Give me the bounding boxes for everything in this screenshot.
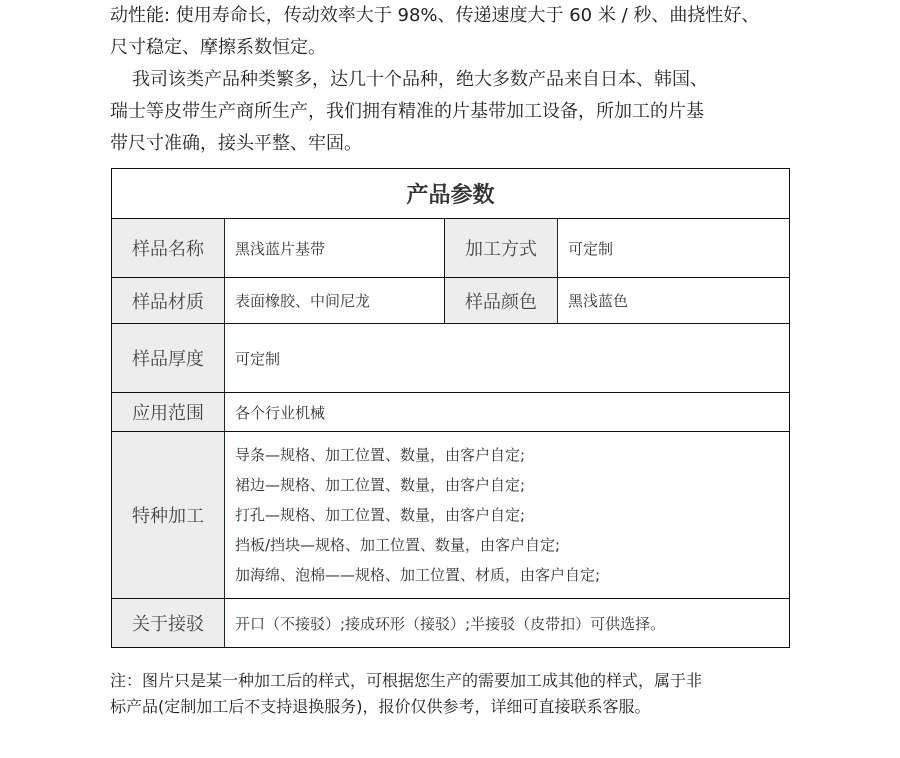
value-sample-color: 黑浅蓝色 (558, 278, 790, 324)
label-special-processing: 特种加工 (112, 432, 225, 599)
value-process-method: 可定制 (558, 219, 790, 278)
label-sample-color: 样品颜色 (445, 278, 558, 324)
intro-text: 动性能: 使用寿命长，传动效率大于 98%、传递速度大于 60 米 / 秒、曲挠… (110, 0, 800, 160)
product-params-table: 产品参数 样品名称 黑浅蓝片基带 加工方式 可定制 样品材质 表面橡胶、中间尼龙… (111, 168, 790, 648)
list-item: 打孔—规格、加工位置、数量，由客户自定; (235, 500, 789, 530)
note-text: 注：图片只是某一种加工后的样式，可根据您生产的需要加工成其他的样式，属于非 标产… (110, 668, 790, 720)
table-title-row: 产品参数 (112, 169, 790, 219)
table-row: 特种加工 导条—规格、加工位置、数量，由客户自定; 裙边—规格、加工位置、数量，… (112, 432, 790, 599)
intro-paragraph-line: 瑞士等皮带生产商所生产，我们拥有精准的片基带加工设备，所加工的片基 (110, 96, 800, 128)
value-special-processing: 导条—规格、加工位置、数量，由客户自定; 裙边—规格、加工位置、数量，由客户自定… (225, 432, 790, 599)
note-line: 注：图片只是某一种加工后的样式，可根据您生产的需要加工成其他的样式，属于非 (110, 668, 790, 694)
table-row: 应用范围 各个行业机械 (112, 393, 790, 432)
table-row: 样品材质 表面橡胶、中间尼龙 样品颜色 黑浅蓝色 (112, 278, 790, 324)
label-sample-thickness: 样品厚度 (112, 324, 225, 393)
list-item: 加海绵、泡棉——规格、加工位置、材质，由客户自定; (235, 560, 789, 590)
table-row: 关于接驳 开口（不接驳）;接成环形（接驳）;半接驳（皮带扣）可供选择。 (112, 599, 790, 648)
list-item: 挡板/挡块—规格、加工位置、数量，由客户自定; (235, 530, 789, 560)
label-sample-name: 样品名称 (112, 219, 225, 278)
intro-line: 尺寸稳定、摩擦系数恒定。 (110, 32, 800, 64)
table-row: 样品名称 黑浅蓝片基带 加工方式 可定制 (112, 219, 790, 278)
value-sample-material: 表面橡胶、中间尼龙 (225, 278, 445, 324)
table-title: 产品参数 (112, 169, 790, 219)
special-processing-list: 导条—规格、加工位置、数量，由客户自定; 裙边—规格、加工位置、数量，由客户自定… (235, 440, 789, 590)
value-sample-thickness: 可定制 (225, 324, 790, 393)
value-sample-name: 黑浅蓝片基带 (225, 219, 445, 278)
list-item: 导条—规格、加工位置、数量，由客户自定; (235, 440, 789, 470)
label-joint: 关于接驳 (112, 599, 225, 648)
intro-line: 动性能: 使用寿命长，传动效率大于 98%、传递速度大于 60 米 / 秒、曲挠… (110, 0, 800, 32)
label-sample-material: 样品材质 (112, 278, 225, 324)
value-joint: 开口（不接驳）;接成环形（接驳）;半接驳（皮带扣）可供选择。 (225, 599, 790, 648)
table-row: 样品厚度 可定制 (112, 324, 790, 393)
label-application-scope: 应用范围 (112, 393, 225, 432)
label-process-method: 加工方式 (445, 219, 558, 278)
intro-paragraph-line: 我司该类产品种类繁多，达几十个品种，绝大多数产品来自日本、韩国、 (110, 64, 800, 96)
list-item: 裙边—规格、加工位置、数量，由客户自定; (235, 470, 789, 500)
note-line: 标产品(定制加工后不支持退换服务)，报价仅供参考，详细可直接联系客服。 (110, 694, 790, 720)
value-application-scope: 各个行业机械 (225, 393, 790, 432)
intro-paragraph-line: 带尺寸准确，接头平整、牢固。 (110, 128, 800, 160)
